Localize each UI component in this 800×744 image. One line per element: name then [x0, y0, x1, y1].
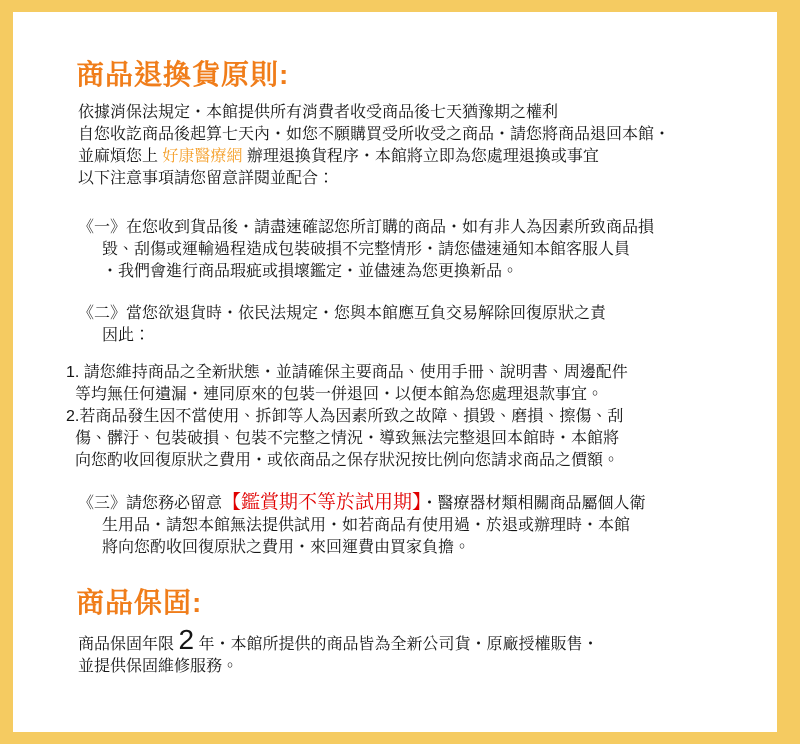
clause-2-text: 當您欲退貨時・依民法規定・您與本館應互負交易解除回復原狀之責 因此：: [102, 305, 606, 344]
clause-2-marker: 《二》: [78, 305, 126, 322]
appreciation-period-highlight: 【鑑賞期不等於試用期】: [222, 492, 422, 513]
clause-1-text: 在您收到貨品後・請盡速確認您所訂購的商品・如有非人為因素所致商品損 毀、刮傷或運…: [102, 219, 654, 280]
clause-1: 《一》在您收到貨品後・請盡速確認您所訂購的商品・如有非人為因素所致商品損 毀、刮…: [78, 217, 777, 283]
list-item: 2.若商品發生因不當使用、拆卸等人為因素所致之故障、損毀、磨損、擦傷、刮 傷、髒…: [66, 406, 777, 472]
warranty-heading: 商品保固:: [76, 588, 777, 618]
return-policy-intro: 依據消保法規定・本館提供所有消費者收受商品後七天猶豫期之權利 自您收訖商品後起算…: [78, 102, 777, 190]
warranty-text-before: 商品保固年限: [78, 636, 178, 653]
haokang-medical-site-link[interactable]: 好康醫療網: [162, 148, 242, 165]
clause-3: 《三》請您務必留意【鑑賞期不等於試用期】・醫療器材類相關商品屬個人衛 生用品・請…: [78, 492, 777, 559]
intro-line-3-text-after: 辦理退換貨程序・本館將立即為您處理退換或事宜: [242, 148, 598, 165]
content-area: 商品退換貨原則: 依據消保法規定・本館提供所有消費者收受商品後七天猶豫期之權利 …: [13, 12, 777, 732]
intro-line-3-text: 並麻煩您上: [78, 148, 162, 165]
return-notes-list: 1. 請您維持商品之全新狀態・並請確保主要商品、使用手冊、說明書、周邊配件 等均…: [66, 362, 777, 472]
intro-line-2: 自您收訖商品後起算七天內・如您不願購買受所收受之商品・請您將商品退回本館・: [78, 124, 777, 146]
intro-line-3: 並麻煩您上 好康醫療網 辦理退換貨程序・本館將立即為您處理退換或事宜: [78, 146, 777, 168]
policy-page: { "theme": { "border_color": "#f5cb61", …: [0, 0, 800, 744]
warranty-years-number: 2: [178, 624, 194, 655]
warranty-text: 商品保固年限 2 年・本館所提供的商品皆為全新公司貨・原廠授權販售・ 並提供保固…: [78, 629, 777, 678]
return-policy-heading: 商品退換貨原則:: [76, 60, 777, 90]
clause-3-text-before: 請您務必留意: [126, 495, 222, 512]
list-item: 1. 請您維持商品之全新狀態・並請確保主要商品、使用手冊、說明書、周邊配件 等均…: [66, 362, 777, 406]
clause-1-marker: 《一》: [78, 219, 126, 236]
clause-3-marker: 《三》: [78, 495, 126, 512]
intro-line-4: 以下注意事項請您留意詳閱並配合：: [78, 168, 777, 190]
clause-2: 《二》當您欲退貨時・依民法規定・您與本館應互負交易解除回復原狀之責 因此：: [78, 303, 777, 347]
intro-line-1: 依據消保法規定・本館提供所有消費者收受商品後七天猶豫期之權利: [78, 102, 777, 124]
